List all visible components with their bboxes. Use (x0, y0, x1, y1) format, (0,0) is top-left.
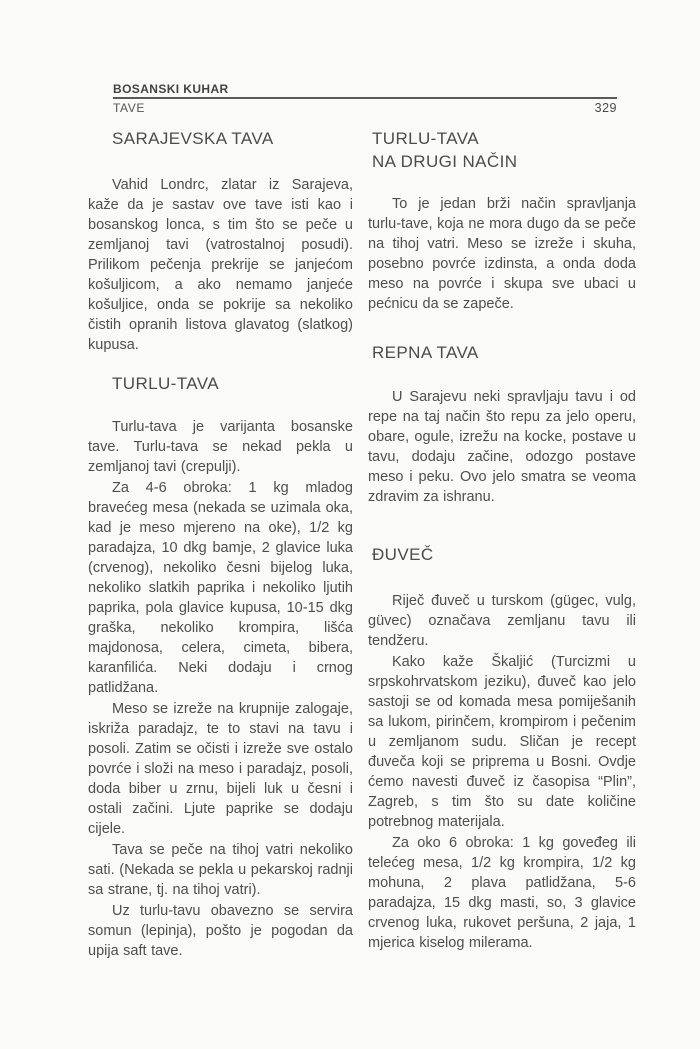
section-title: REPNA TAVA (372, 341, 636, 364)
section-djuvec: ĐUVEČ Riječ đuveč u turskom (gügec, vulg… (368, 543, 636, 953)
paragraph: Tava se peče na tihoj vatri nekoliko sat… (88, 840, 353, 900)
right-column: TURLU-TAVA NA DRUGI NAČIN To je jedan br… (368, 120, 636, 954)
paragraph: Za 4-6 obroka: 1 kg mladog bravećeg mesa… (88, 478, 353, 698)
paragraph: Za oko 6 obroka: 1 kg goveđeg ili teleće… (368, 833, 636, 953)
section-title: TURLU-TAVA (112, 372, 353, 395)
section-title: SARAJEVSKA TAVA (112, 127, 353, 150)
scanned-book-page: BOSANSKI KUHAR TAVE 329 SARAJEVSKA TAVA … (0, 0, 700, 1049)
paragraph: Uz turlu-tavu obavezno se servira somun … (88, 901, 353, 961)
left-column: SARAJEVSKA TAVA Vahid Londrc, zlatar iz … (88, 120, 353, 962)
section-sarajevska-tava: SARAJEVSKA TAVA Vahid Londrc, zlatar iz … (88, 127, 353, 355)
chapter-name: TAVE (113, 101, 145, 115)
section-title: TURLU-TAVA NA DRUGI NAČIN (372, 127, 636, 173)
paragraph: U Sarajevu neki spravljaju tavu i od rep… (368, 387, 636, 507)
header-rule (113, 97, 617, 99)
book-title: BOSANSKI KUHAR (113, 83, 617, 95)
paragraph: Vahid Londrc, zlatar iz Sarajeva, kaže d… (88, 175, 353, 355)
paragraph: Meso se izreže na krupnije zalogaje, isk… (88, 699, 353, 839)
section-turlu-tava: TURLU-TAVA Turlu-tava je varijanta bosan… (88, 372, 353, 961)
section-title: ĐUVEČ (372, 543, 636, 566)
section-turlu-tava-na-drugi-nacin: TURLU-TAVA NA DRUGI NAČIN To je jedan br… (368, 127, 636, 314)
paragraph: To je jedan brži način spravljanja turlu… (368, 194, 636, 314)
paragraph: Turlu-tava je varijanta bosanske tave. T… (88, 417, 353, 477)
section-repna-tava: REPNA TAVA U Sarajevu neki spravljaju ta… (368, 341, 636, 507)
paragraph: Kako kaže Škaljić (Turcizmi u srpskohrva… (368, 652, 636, 832)
header-row: TAVE 329 (113, 101, 617, 115)
running-head: BOSANSKI KUHAR TAVE 329 (113, 83, 617, 115)
page-number: 329 (595, 101, 617, 115)
paragraph: Riječ đuveč u turskom (gügec, vulg, güve… (368, 591, 636, 651)
